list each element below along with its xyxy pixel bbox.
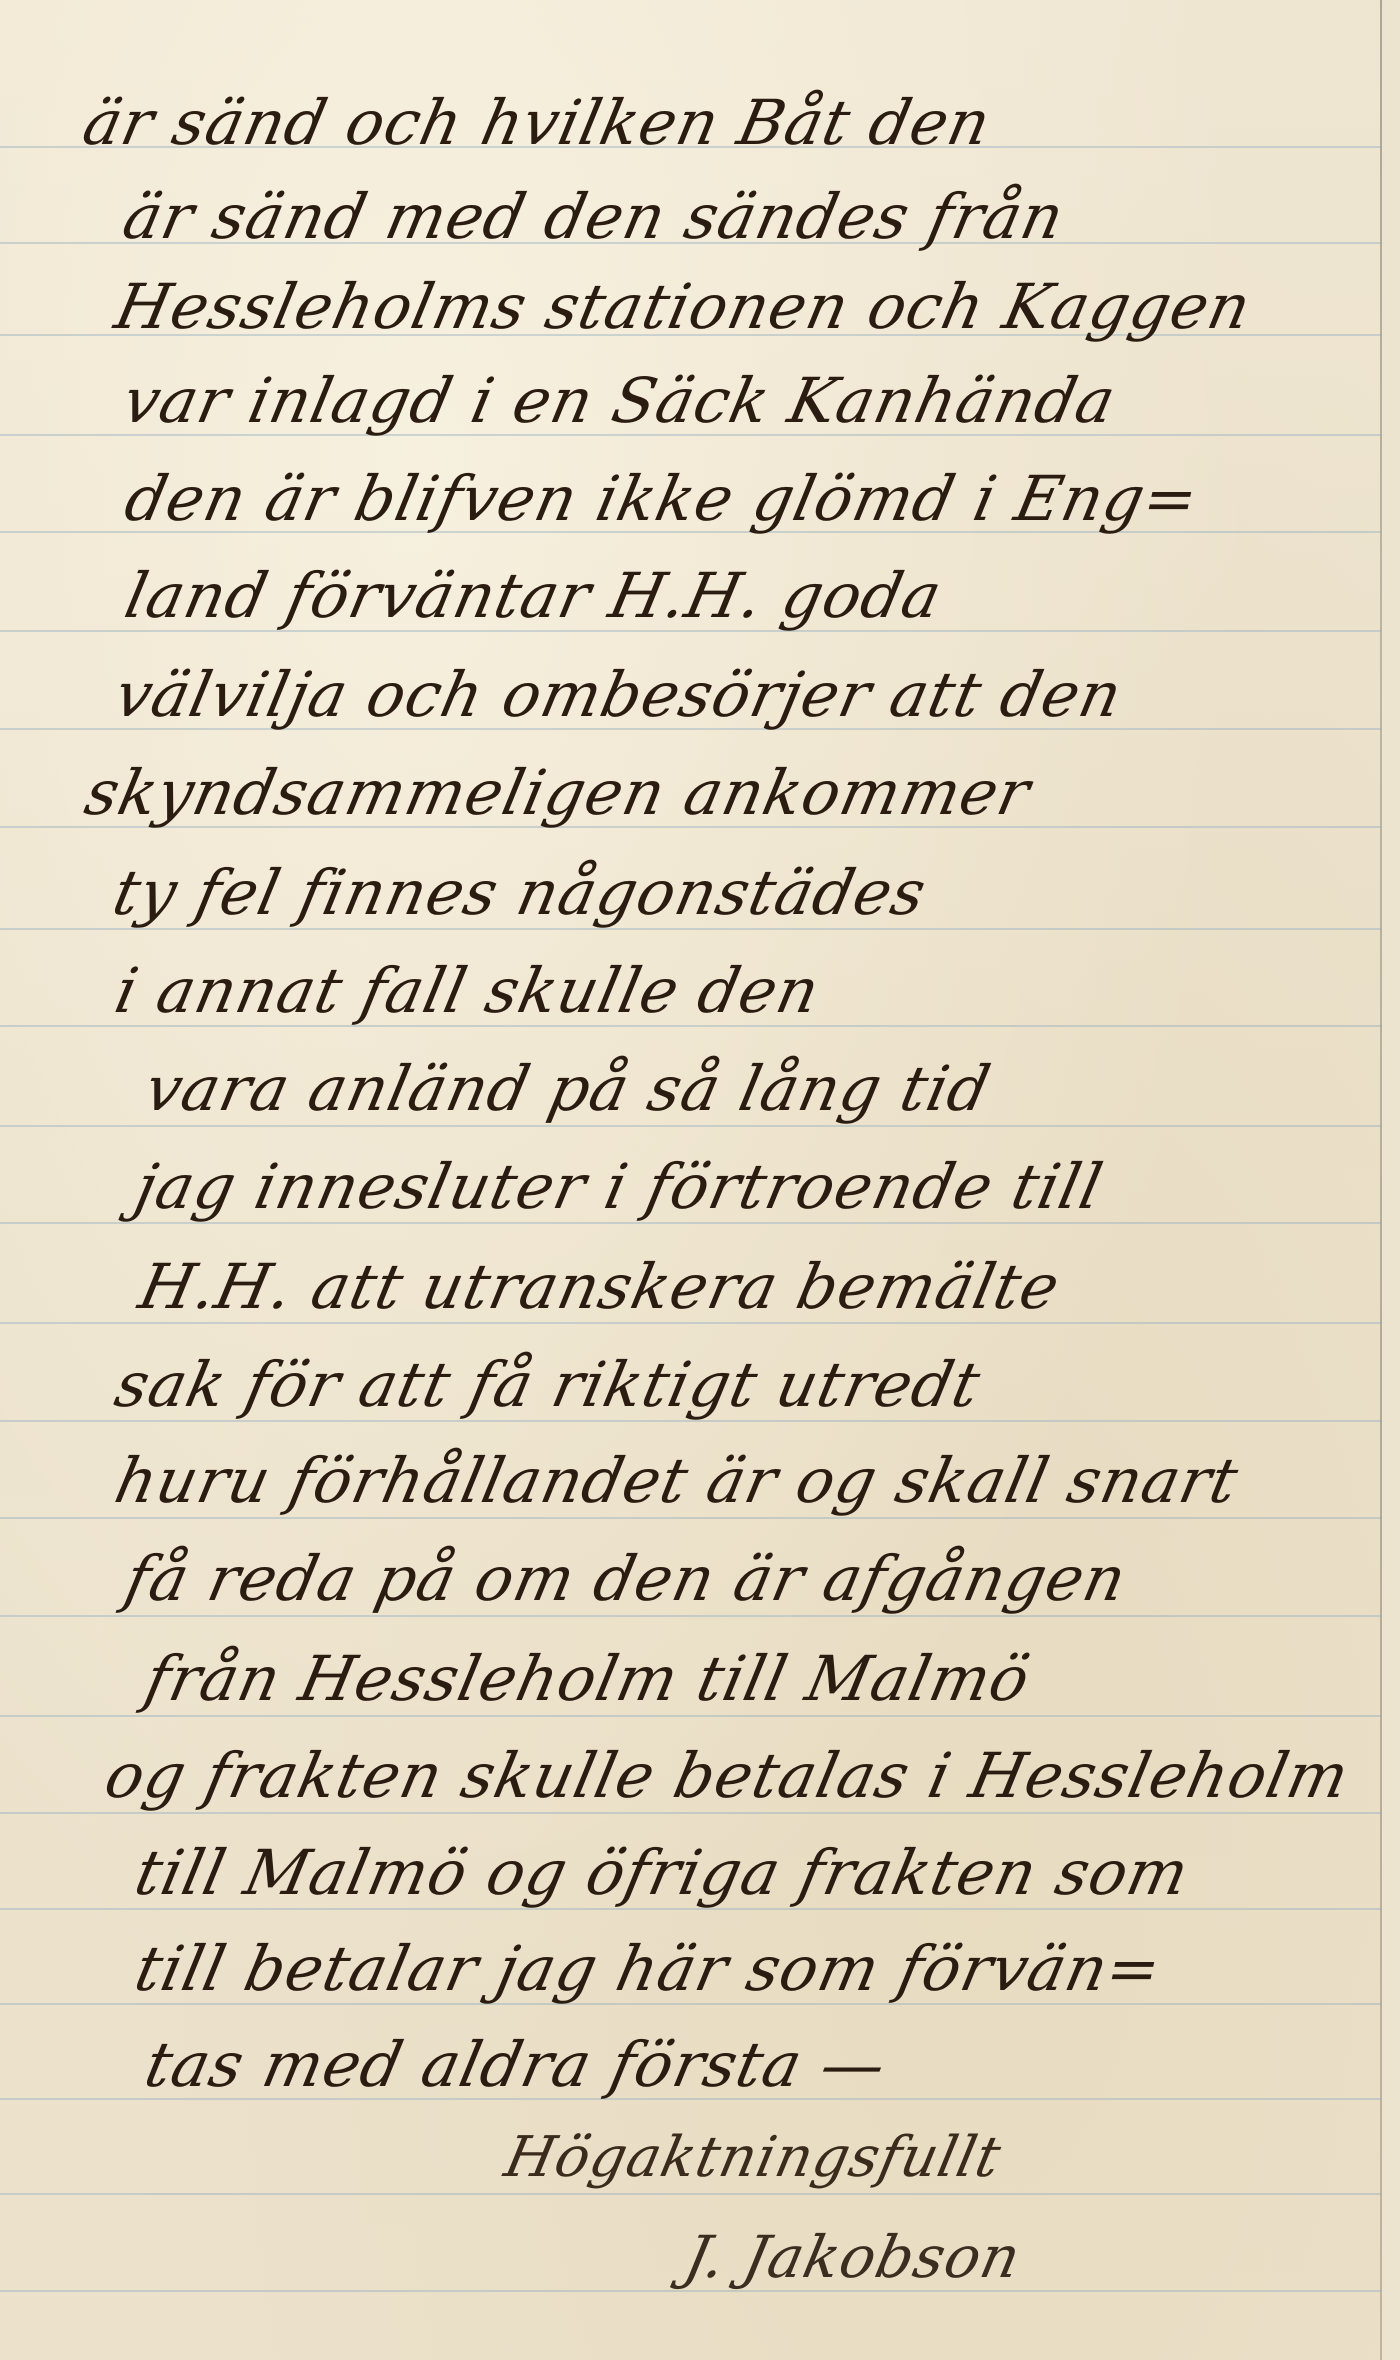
ruled-line (0, 1517, 1400, 1519)
letter-line: är sänd och hvilken Båt den (78, 92, 996, 154)
ruled-line (0, 1125, 1400, 1127)
letter-line: ty fel finnes någonstädes (108, 862, 932, 924)
letter-page: är sänd och hvilken Båt den är sänd med … (0, 0, 1400, 2360)
letter-line: tas med aldra första — (140, 2034, 892, 2096)
letter-line: skyndsammeligen ankommer (80, 762, 1036, 824)
letter-line: till Malmö og öfriga frakten som (130, 1842, 1195, 1904)
ruled-line (0, 1715, 1400, 1717)
letter-closing: Högaktningsfullt (500, 2130, 1006, 2186)
ruled-line (0, 1812, 1400, 1814)
letter-line: var inlagd i en Säck Kanhända (118, 370, 1121, 432)
letter-line: land förväntar H.H. goda (120, 565, 947, 627)
letter-line: og frakten skulle betalas i Hessleholm (100, 1745, 1355, 1807)
letter-line: sak för att få riktigt utredt (110, 1354, 986, 1416)
letter-line: få reda på om den är afgången (120, 1548, 1132, 1610)
letter-line: från Hessleholm till Malmö (140, 1648, 1035, 1710)
letter-line: jag innesluter i förtroende till (130, 1156, 1108, 1218)
letter-line: huru förhållandet är og skall snart (110, 1450, 1244, 1512)
letter-line: välvilja och ombesörjer att den (110, 664, 1128, 726)
letter-signature: J. Jakobson (680, 2228, 1026, 2286)
letter-line: H.H. att utranskera bemälte (134, 1256, 1065, 1318)
letter-line: till betalar jag här som förvän= (130, 1938, 1167, 2000)
letter-line: i annat fall skulle den (110, 960, 825, 1022)
letter-line: är sänd med den sändes från (118, 186, 1070, 248)
ruled-line (0, 1615, 1400, 1617)
paper-edge-strip (1382, 0, 1400, 2360)
letter-line: Hessleholms stationen och Kaggen (110, 276, 1257, 338)
ruled-line (0, 2193, 1400, 2195)
letter-line: vara anländ på så lång tid (140, 1058, 996, 1120)
letter-line: den är blifven ikke glömd i Eng= (120, 468, 1204, 530)
